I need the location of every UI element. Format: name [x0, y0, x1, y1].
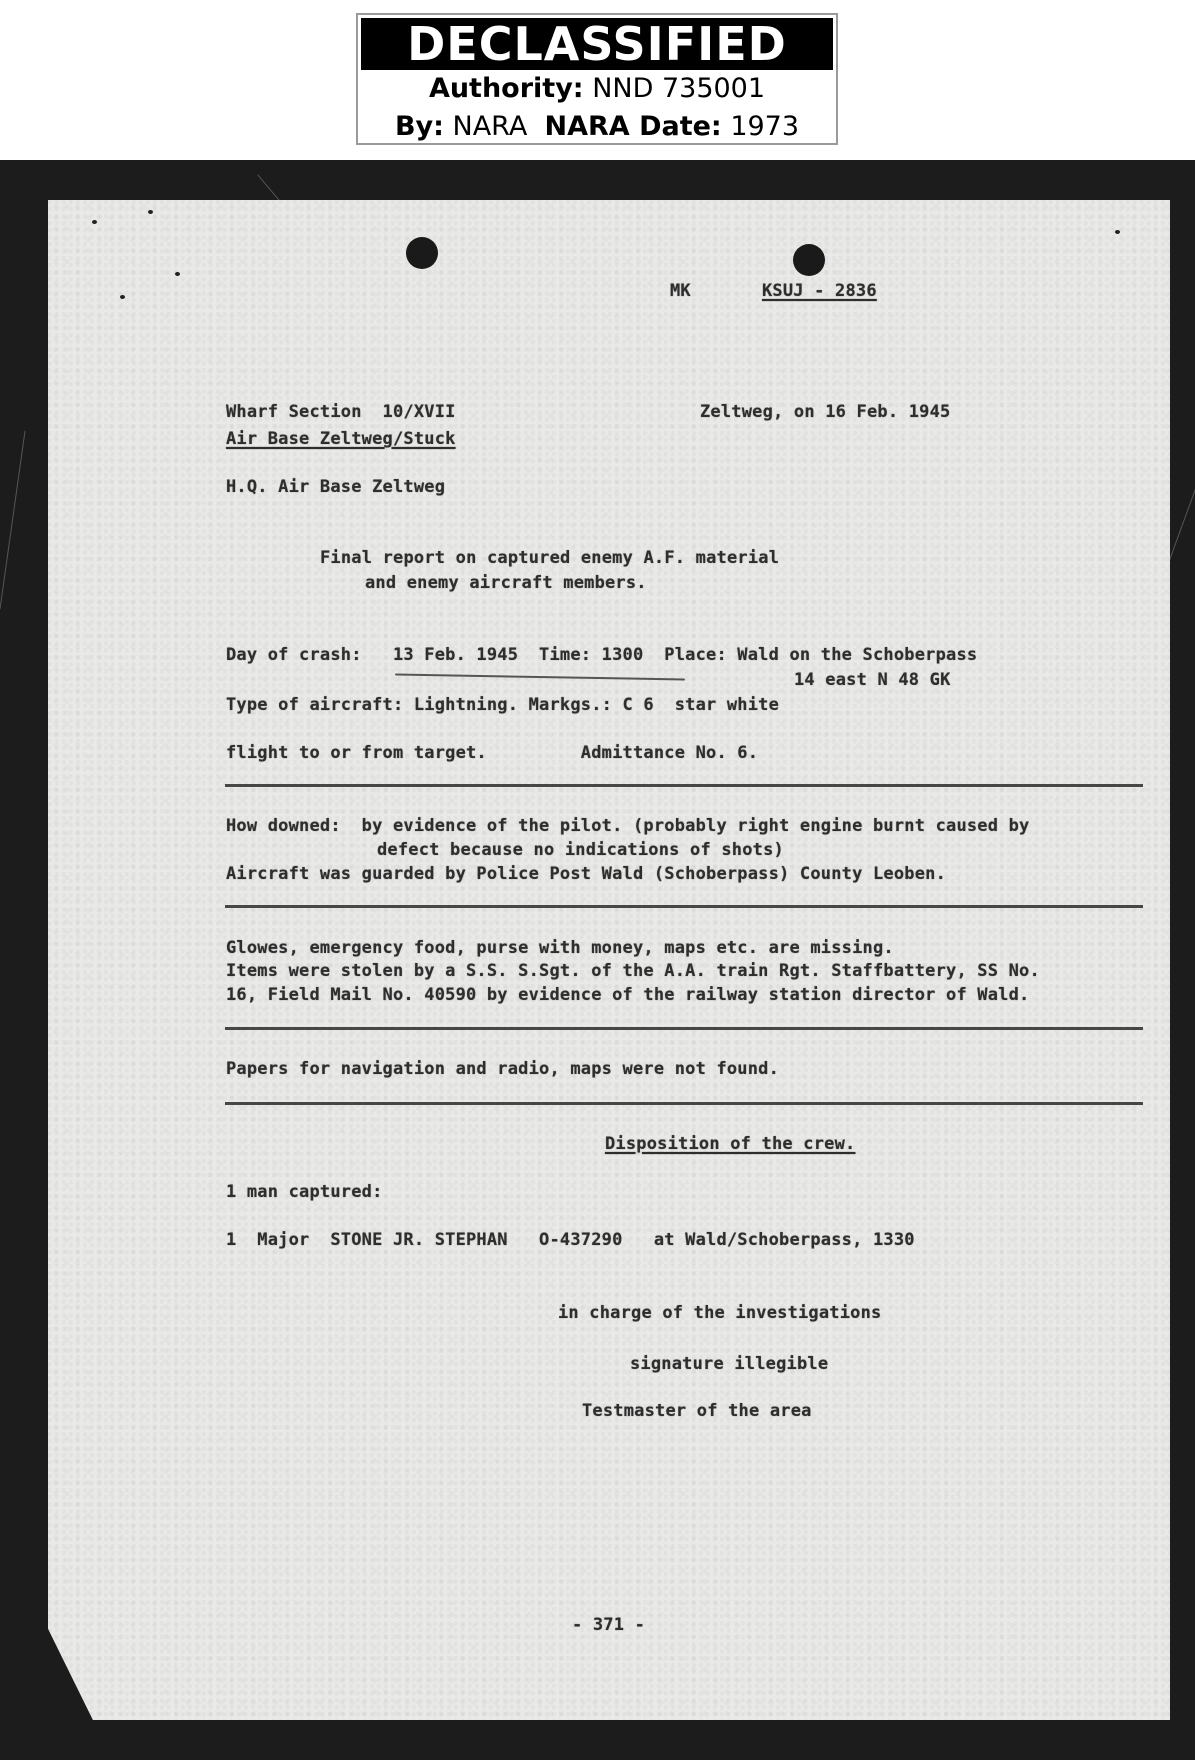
report-title-line-1: Final report on captured enemy A.F. mate…: [320, 547, 779, 569]
scan-scratch: [0, 431, 26, 609]
stamp-by-label: By:: [395, 111, 444, 142]
page-number: - 371 -: [572, 1614, 645, 1636]
missing-items-line-3: 16, Field Mail No. 40590 by evidence of …: [226, 984, 1029, 1006]
stamp-date-label: NARA Date:: [545, 111, 722, 142]
papers-not-found: Papers for navigation and radio, maps we…: [226, 1058, 779, 1080]
sender-line-1: Wharf Section 10/XVII: [226, 401, 456, 423]
aircraft-type: Type of aircraft: Lightning. Markgs.: C …: [226, 694, 779, 716]
place-date: Zeltweg, on 16 Feb. 1945: [700, 401, 950, 423]
how-downed-line-3: Aircraft was guarded by Police Post Wald…: [226, 863, 946, 885]
recipient: H.Q. Air Base Zeltweg: [226, 476, 445, 498]
crew-entry: 1 Major STONE JR. STEPHAN O-437290 at Wa…: [226, 1229, 915, 1251]
missing-items-line-2: Items were stolen by a S.S. S.Sgt. of th…: [226, 960, 1040, 982]
disposition-heading: Disposition of the crew.: [605, 1133, 855, 1155]
declassified-stamp: DECLASSIFIED Authority: NND 735001 By: N…: [356, 13, 838, 145]
section-divider: [225, 784, 1143, 787]
section-divider: [225, 1102, 1143, 1105]
stamp-authority-label: Authority:: [429, 73, 584, 104]
speck: [148, 210, 153, 214]
stamp-by: By: NARA NARA Date: 1973: [358, 108, 836, 146]
closing-line-3: Testmaster of the area: [582, 1400, 812, 1422]
closing-line-2: signature illegible: [630, 1353, 828, 1375]
speck: [120, 295, 125, 299]
speck: [175, 272, 180, 276]
section-divider: [225, 905, 1143, 908]
punch-hole: [406, 237, 438, 269]
how-downed-line-2: defect because no indications of shots): [377, 839, 784, 861]
stamp-authority-value: NND 735001: [592, 73, 765, 104]
stamp-authority: Authority: NND 735001: [358, 70, 836, 108]
stamp-date-value: 1973: [730, 111, 799, 142]
section-divider: [225, 1027, 1143, 1030]
file-number: KSUJ - 2836: [762, 280, 877, 302]
missing-items-line-1: Glowes, emergency food, purse with money…: [226, 937, 894, 959]
flight-admittance: flight to or from target. Admittance No.…: [226, 742, 758, 764]
speck: [92, 220, 97, 224]
crash-details: Day of crash: 13 Feb. 1945 Time: 1300 Pl…: [226, 644, 977, 666]
how-downed-line-1: How downed: by evidence of the pilot. (p…: [226, 815, 1029, 837]
speck: [1115, 230, 1120, 234]
stamp-by-value: NARA: [453, 111, 528, 142]
crash-location-grid: 14 east N 48 GK: [794, 669, 951, 691]
stamp-title: DECLASSIFIED: [361, 18, 833, 70]
sender-line-2: Air Base Zeltweg/Stuck: [226, 428, 456, 450]
closing-line-1: in charge of the investigations: [558, 1302, 881, 1324]
punch-hole: [793, 244, 825, 276]
captured-count: 1 man captured:: [226, 1181, 383, 1203]
report-title-line-2: and enemy aircraft members.: [365, 572, 647, 594]
file-prefix: MK: [670, 280, 691, 302]
